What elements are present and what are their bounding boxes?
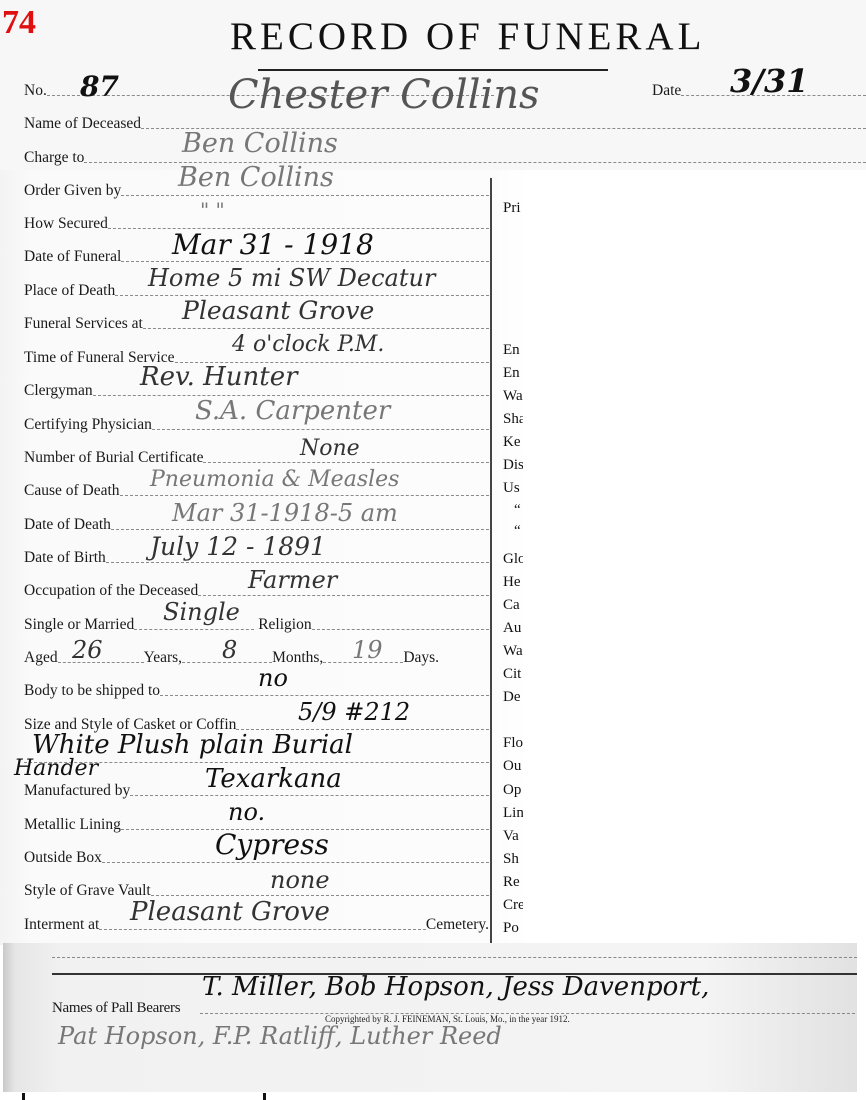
field-value-interment-at: Pleasant Grove [130,897,330,927]
field-value-funeral-services-at: Pleasant Grove [182,296,374,325]
aged-days-value: 19 [352,636,383,664]
side-label: Au [503,620,523,637]
side-label: Glo [503,551,523,568]
bottom-strip [0,1092,866,1100]
right-blank-area [523,175,866,945]
side-label: Wa [503,643,523,660]
field-label: Date [652,82,681,102]
field-number-of-burial-certificate: Number of Burial Certificate [24,445,489,469]
field-label: Clergyman [24,382,93,402]
days-label: Days. [403,649,439,669]
field-label: How Secured [24,215,108,235]
side-label: He [503,574,523,591]
field-line[interactable] [198,594,489,596]
bottom-mark [22,1093,25,1100]
side-label: Flo [503,735,523,752]
side-label: Cre [503,897,523,914]
aged-years-value: 26 [72,636,103,664]
side-label: Po [503,920,523,937]
field-label: Aged [24,649,58,669]
field-line[interactable] [160,694,489,696]
field-line[interactable] [99,928,426,930]
field-value-how-secured: " " [200,198,225,222]
side-label: Pri [503,200,523,217]
field-line[interactable] [151,894,489,896]
side-label: Lin [503,805,523,822]
side-label: En [503,342,523,359]
field-single-or-married: Single or Married Religion [24,612,489,636]
field-value-place-of-death: Home 5 mi SW Decatur [148,264,435,292]
field-label: Body to be shipped to [24,682,160,702]
side-label: Op [503,782,523,799]
aged-months-value: 8 [222,636,237,664]
field-label: Certifying Physician [24,416,152,436]
field-label: No. [24,82,47,102]
side-label: Sh [503,851,523,868]
field-value-occupation: Farmer [248,566,337,594]
field-value-number-of-burial-certificate: None [300,436,360,461]
field-value-order-given-by: Ben Collins [178,162,334,193]
field-value-date-of-funeral: Mar 31 - 1918 [172,228,374,261]
field-label: Number of Burial Certificate [24,449,203,469]
side-label: Ke [503,434,523,451]
field-value-charge-to: Ben Collins [182,128,338,159]
field-value-grave-vault: none [270,866,330,894]
field-label: Cause of Death [24,482,120,502]
field-value-no: 87 [80,70,119,103]
years-label: Years, [144,649,182,669]
title-rule [258,69,608,71]
field-value-date-of-death: Mar 31-1918-5 am [172,499,398,527]
field-value-manufacturer-prefix: Hander [14,756,98,781]
field-line[interactable] [203,461,489,463]
side-label: Cit [503,666,523,683]
field-line[interactable] [102,861,489,863]
field-value-outside-box: Cypress [215,828,329,861]
field-label: Manufactured by [24,782,130,802]
side-label: Wa [503,388,523,405]
side-label: Dis [503,457,523,474]
field-value-time-of-funeral-service: 4 o'clock P.M. [232,332,384,357]
field-line[interactable] [121,194,489,196]
field-label: Date of Birth [24,549,106,569]
field-label: Charge to [24,149,84,169]
pall-top-dotted-line [52,957,857,958]
field-value-manufactured-by: Texarkana [205,764,342,794]
pall-bearers-line1: T. Miller, Bob Hopson, Jess Davenport, [202,972,709,1002]
side-label: Va [503,828,523,845]
field-value-date: 3/31 [730,62,808,100]
field-charge-to: Charge to [24,145,866,169]
field-label: Funeral Services at [24,315,143,335]
pall-bearers-line2: Pat Hopson, F.P. Ratliff, Luther Reed [58,1022,502,1050]
field-value-casket: 5/9 #212 [298,698,410,726]
field-label: Order Given by [24,182,121,202]
field-value-date-of-birth: July 12 - 1891 [150,532,326,561]
field-label: Metallic Lining [24,816,121,836]
page-title: RECORD OF FUNERAL [230,14,705,59]
field-label: Single or Married [24,616,134,636]
field-value-name: Chester Collins [228,72,540,118]
field-label: Interment at [24,916,99,936]
field-value-certifying-physician: S.A. Carpenter [195,396,390,426]
cemetery-label: Cemetery. [426,916,489,936]
field-value-body-shipped-to: no [258,664,288,692]
field-label: Date of Funeral [24,248,121,268]
side-label: Re [503,874,523,891]
field-line[interactable] [106,561,489,563]
religion-line[interactable] [312,628,489,630]
field-line[interactable] [111,528,489,530]
side-label: Sha [503,411,523,428]
side-label: De [503,689,523,706]
field-value-clergyman: Rev. Hunter [140,362,298,392]
column-divider [490,178,492,943]
field-label: Name of Deceased [24,115,141,135]
side-label: “ [514,502,534,519]
field-label: Place of Death [24,282,115,302]
field-label: Date of Death [24,516,111,536]
field-value-cause-of-death: Pneumonia & Measles [150,467,399,492]
field-line[interactable] [143,327,489,329]
field-line[interactable] [152,428,489,430]
field-value-single-or-married: Single [163,598,240,626]
field-value-metallic-lining: no. [228,798,265,826]
page-number: 74 [2,4,36,42]
field-label: Outside Box [24,849,102,869]
side-label: Us [503,480,523,497]
bottom-mark [263,1093,266,1100]
side-label: Ou [503,758,523,775]
field-line[interactable] [134,628,254,630]
side-label: “ [514,523,534,540]
side-label: Ca [503,597,523,614]
field-body-shipped-to: Body to be shipped to [24,678,489,702]
religion-label: Religion [258,616,311,636]
field-line[interactable] [130,794,489,796]
side-label: En [503,365,523,382]
pall-bearers-label: Names of Pall Bearers [52,1000,180,1017]
field-line[interactable] [120,494,489,496]
